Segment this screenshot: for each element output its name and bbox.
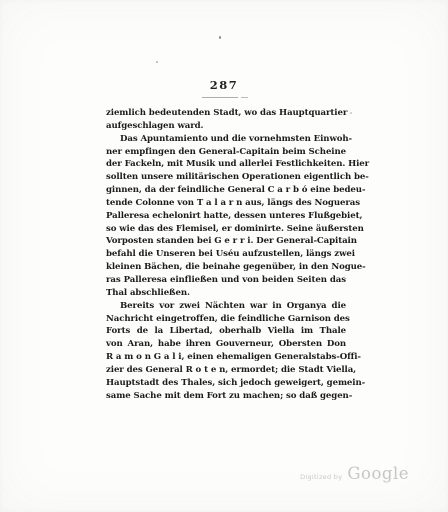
text-line: Forts de la Libertad, oberhalb Viella im… [106, 325, 346, 338]
text-line: der Fackeln, mit Musik und allerlei Fest… [106, 158, 346, 171]
text-line: Vorposten standen bei G e r r i. Der Gen… [106, 235, 346, 248]
text-line: Das Apuntamiento und die vornehmsten Ein… [106, 133, 346, 146]
text-line: Bereits vor zwei Nächten war in Organya … [106, 300, 346, 313]
text-line: zier des General R o t e n, ermordet; di… [106, 364, 346, 377]
text-line: ras Palleresa einfließen und von beiden … [106, 274, 346, 287]
text-line: ziemlich bedeutenden Stadt, wo das Haupt… [106, 107, 346, 120]
text-line: sollten unsere militärischen Operationen… [106, 171, 346, 184]
page-number-rule-segment [241, 97, 248, 98]
text-line: Palleresa echelonirt hatte, dessen unter… [106, 210, 346, 223]
text-line: von Aran, habe ihren Gouverneur, Oberste… [106, 338, 346, 351]
digitized-by-google-watermark: Digitized by Google [300, 464, 409, 483]
text-line: Nachricht eingetroffen, die feindliche G… [106, 313, 346, 326]
text-line: Thal abschließen. [106, 287, 346, 300]
text-line: befahl die Unseren bei Uséu aufzustellen… [106, 248, 346, 261]
scan-speck [156, 61, 158, 63]
page-number-rule [202, 97, 238, 98]
text-line: kleinen Bächen, die beinahe gegenüber, i… [106, 261, 346, 274]
google-logo: Google [347, 464, 409, 483]
scan-speck [350, 112, 352, 114]
body-text-block: ziemlich bedeutenden Stadt, wo das Haupt… [106, 107, 346, 402]
text-line: tende Colonne von T a l a r n aus, längs… [106, 197, 346, 210]
scan-speck [219, 36, 221, 39]
page-number: 287 [0, 78, 448, 92]
text-line: Hauptstadt des Thales, sich jedoch gewei… [106, 377, 346, 390]
text-line: R a m o n G a l i, einen ehemaligen Gene… [106, 351, 346, 364]
text-line: same Sache mit dem Fort zu machen; so da… [106, 390, 346, 403]
text-line: ginnen, da der feindliche General C a r … [106, 184, 346, 197]
text-line: aufgeschlagen ward. [106, 120, 346, 133]
text-line: so wie das des Flemisel, er dominirte. S… [106, 223, 346, 236]
scanned-book-page: 287 ziemlich bedeutenden Stadt, wo das H… [0, 0, 448, 512]
watermark-prefix-label: Digitized by [300, 473, 342, 481]
text-line: ner empfingen den General-Capitain beim … [106, 146, 346, 159]
